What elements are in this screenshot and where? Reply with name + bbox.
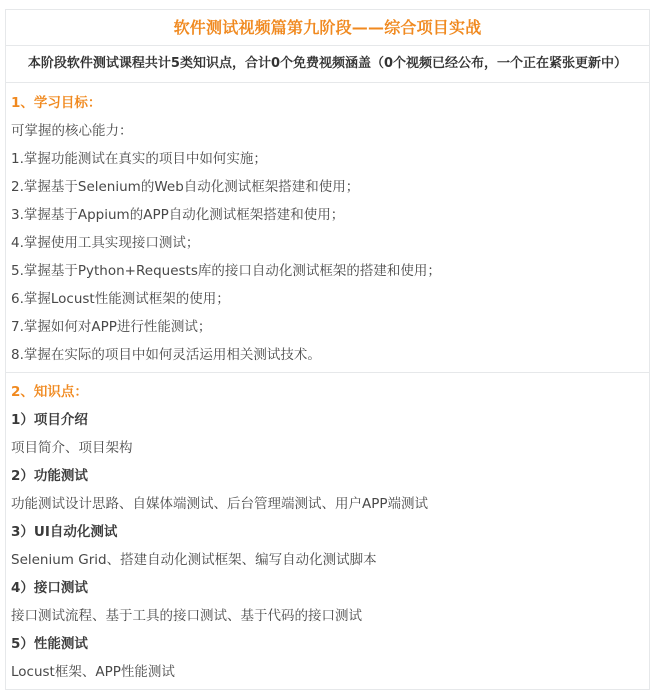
learning-goal-item: 8.掌握在实际的项目中如何灵活运用相关测试技术。 [11, 341, 649, 369]
course-table: 软件测试视频篇第九阶段——综合项目实战 本阶段软件测试课程共计5类知识点，合计0… [5, 9, 650, 690]
page-title: 软件测试视频篇第九阶段——综合项目实战 [174, 18, 482, 37]
topic-content: Selenium Grid、搭建自动化测试框架、编写自动化测试脚本 [11, 546, 649, 574]
title-row: 软件测试视频篇第九阶段——综合项目实战 [6, 10, 650, 46]
learning-goal-item: 5.掌握基于Python+Requests库的接口自动化测试框架的搭建和使用； [11, 257, 649, 285]
knowledge-points-row: 2、知识点： 1）项目介绍 项目简介、项目架构 2）功能测试 功能测试设计思路、… [6, 373, 650, 690]
learning-goal-item: 7.掌握如何对APP进行性能测试； [11, 313, 649, 341]
learning-goal-item: 3.掌握基于Appium的APP自动化测试框架搭建和使用； [11, 201, 649, 229]
learning-goal-item: 1.掌握功能测试在真实的项目中如何实施； [11, 145, 649, 173]
learning-goals-section: 1、学习目标： 可掌握的核心能力： 1.掌握功能测试在真实的项目中如何实施； 2… [6, 83, 650, 373]
topic-title: 5）性能测试 [11, 630, 649, 658]
topic-title: 2）功能测试 [11, 462, 649, 490]
topic-content: Locust框架、APP性能测试 [11, 658, 649, 686]
learning-goals-intro: 可掌握的核心能力： [11, 117, 649, 145]
learning-goal-item: 4.掌握使用工具实现接口测试； [11, 229, 649, 257]
topic-title: 4）接口测试 [11, 574, 649, 602]
knowledge-points-section: 2、知识点： 1）项目介绍 项目简介、项目架构 2）功能测试 功能测试设计思路、… [6, 373, 650, 690]
topic-content: 项目简介、项目架构 [11, 434, 649, 462]
topic-content: 功能测试设计思路、自媒体端测试、后台管理端测试、用户APP端测试 [11, 490, 649, 518]
topic-content: 接口测试流程、基于工具的接口测试、基于代码的接口测试 [11, 602, 649, 630]
subtitle-cell: 本阶段软件测试课程共计5类知识点，合计0个免费视频涵盖（0个视频已经公布，一个正… [6, 46, 650, 83]
learning-goals-heading: 1、学习目标： [11, 89, 649, 117]
course-summary: 本阶段软件测试课程共计5类知识点，合计0个免费视频涵盖（0个视频已经公布，一个正… [28, 56, 627, 71]
subtitle-row: 本阶段软件测试课程共计5类知识点，合计0个免费视频涵盖（0个视频已经公布，一个正… [6, 46, 650, 83]
knowledge-points-heading: 2、知识点： [11, 378, 649, 406]
topic-title: 1）项目介绍 [11, 406, 649, 434]
learning-goals-row: 1、学习目标： 可掌握的核心能力： 1.掌握功能测试在真实的项目中如何实施； 2… [6, 83, 650, 373]
learning-goal-item: 2.掌握基于Selenium的Web自动化测试框架搭建和使用； [11, 173, 649, 201]
title-cell: 软件测试视频篇第九阶段——综合项目实战 [6, 10, 650, 46]
topic-title: 3）UI自动化测试 [11, 518, 649, 546]
learning-goal-item: 6.掌握Locust性能测试框架的使用； [11, 285, 649, 313]
